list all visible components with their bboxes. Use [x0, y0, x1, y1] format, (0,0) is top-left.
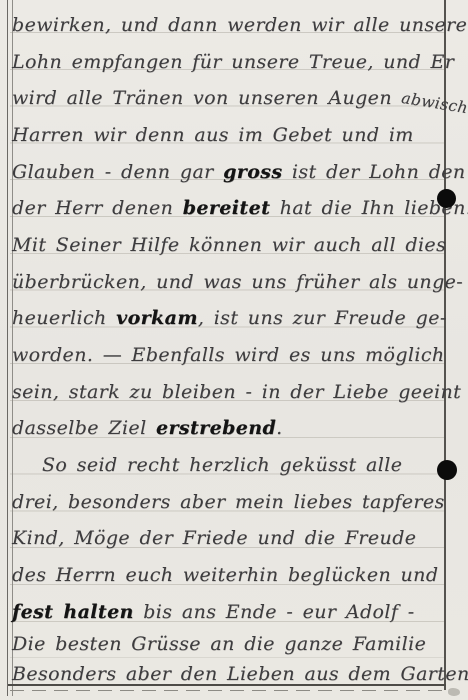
- handwriting-line: worden. — Ebenfalls wird es uns möglich: [12, 342, 468, 372]
- line-text: Lohn empfangen für unsere Treue, und Er: [12, 51, 454, 73]
- handwriting-line: sein, stark zu bleiben - in der Liebe ge…: [12, 379, 468, 409]
- line-text: des Herrn euch weiterhin beglücken und: [12, 564, 438, 586]
- line-text: So seid recht herzlich geküsst alle: [42, 454, 402, 476]
- handwritten-letter-page: bewirken, und dann werden wir alle unser…: [0, 0, 468, 700]
- line-text-retraced: erstrebend: [156, 417, 276, 439]
- handwriting-line: Kind, Möge der Friede und die Freude: [12, 525, 468, 555]
- handwriting-line: der Herr denen bereitet hat die Ihn lieb…: [12, 195, 468, 225]
- line-text-retraced: gross: [223, 161, 282, 183]
- handwriting-line: wird alle Tränen von unseren Augen abwis…: [12, 85, 468, 115]
- handwriting-line: des Herrn euch weiterhin beglücken und: [12, 562, 468, 592]
- line-text: drei, besonders aber mein liebes tapfere…: [12, 491, 445, 513]
- handwriting-line: Mit Seiner Hilfe können wir auch all die…: [12, 232, 468, 262]
- line-text: worden. — Ebenfalls wird es uns möglich: [12, 344, 445, 366]
- handwriting-line: drei, besonders aber mein liebes tapfere…: [12, 489, 468, 519]
- handwriting-line: Die besten Grüsse an die ganze Familie: [12, 631, 468, 661]
- line-text: heuerlich: [12, 307, 116, 329]
- paper-smudge: [448, 688, 460, 696]
- line-text: dasselbe Ziel: [12, 417, 156, 439]
- hole-punch-mark: [437, 460, 457, 480]
- handwriting-line: Harren wir denn aus im Gebet und im: [12, 122, 468, 152]
- handwriting-line: Besonders aber den Lieben aus dem Garten…: [12, 661, 468, 691]
- line-text: wird alle Tränen von unseren Augen: [12, 87, 401, 109]
- line-text-retraced: bereitet: [183, 197, 271, 219]
- line-text: sein, stark zu bleiben - in der Liebe ge…: [12, 381, 461, 403]
- line-text-retraced: vorkam: [116, 307, 198, 329]
- hole-punch-mark: [437, 189, 456, 208]
- line-text: bewirken, und dann werden wir alle unser…: [12, 14, 468, 36]
- line-text: Besonders aber den Lieben aus dem Garten…: [12, 663, 468, 685]
- line-text: Harren wir denn aus im Gebet und im: [12, 124, 414, 146]
- line-text-retraced: fest halten: [12, 601, 134, 623]
- line-text: , ist uns zur Freude ge-: [198, 307, 447, 329]
- handwriting-line: dasselbe Ziel erstrebend.: [12, 415, 468, 445]
- handwriting-line: fest halten bis ans Ende - eur Adolf -: [12, 599, 468, 629]
- line-text: Die besten Grüsse an die ganze Familie: [12, 633, 426, 655]
- line-text: Mit Seiner Hilfe können wir auch all die…: [12, 234, 446, 256]
- line-text: ist der Lohn den: [282, 161, 465, 183]
- line-text: Glauben - denn gar: [12, 161, 223, 183]
- handwriting-line: heuerlich vorkam, ist uns zur Freude ge-: [12, 305, 468, 335]
- line-text: Kind, Möge der Friede und die Freude: [12, 527, 416, 549]
- handwriting-line: Lohn empfangen für unsere Treue, und Er: [12, 49, 468, 79]
- line-text: bis ans Ende - eur Adolf -: [134, 601, 415, 623]
- handwriting-line: bewirken, und dann werden wir alle unser…: [12, 12, 468, 42]
- line-text: überbrücken, und was uns früher als unge…: [12, 271, 463, 293]
- line-text: .: [276, 417, 282, 439]
- line-text: der Herr denen: [12, 197, 183, 219]
- handwriting-line: So seid recht herzlich geküsst alle: [12, 452, 468, 482]
- handwriting-line: Glauben - denn gar gross ist der Lohn de…: [12, 159, 468, 189]
- handwriting-line: überbrücken, und was uns früher als unge…: [12, 269, 468, 299]
